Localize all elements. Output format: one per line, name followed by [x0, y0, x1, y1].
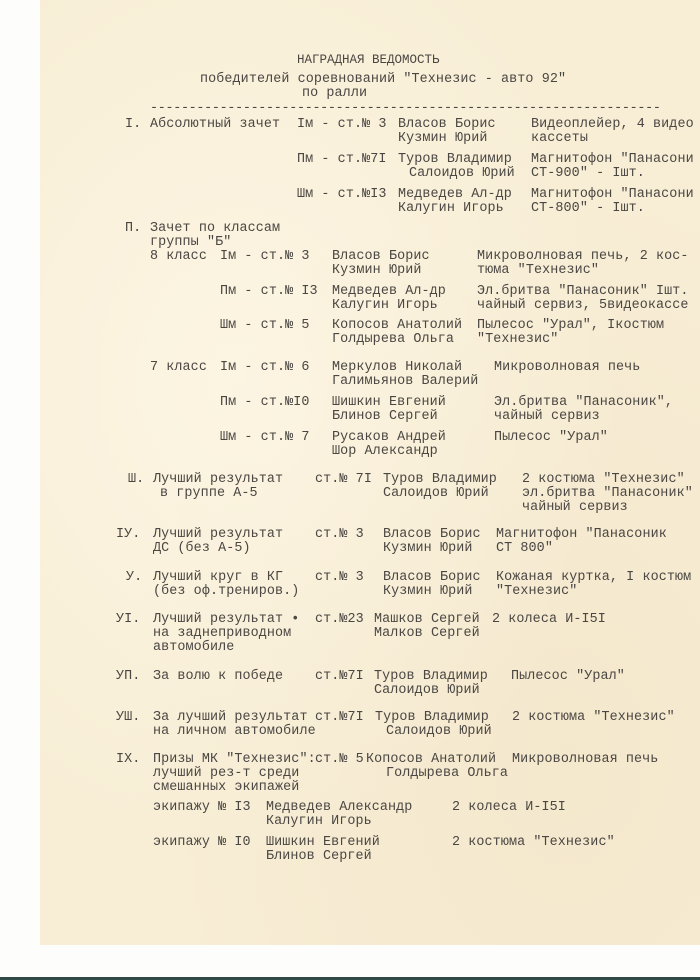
section-title: Лучший круг в КГ [153, 571, 283, 585]
prize-text: Видеоплейер, 4 видео [531, 118, 694, 132]
section-title: Зачет по классам [150, 222, 280, 236]
section-number: IХ. [116, 753, 140, 767]
crew-name: Калугин Игорь [398, 202, 504, 216]
prize-text: эл.бритва "Панасоник" [522, 487, 693, 501]
section-title: в группе А-5 [160, 487, 258, 501]
place-label: Пм - ст.№I0 [220, 396, 310, 410]
crew-name: Туров Владимир [383, 473, 497, 487]
prize-text: Микроволновая печь [512, 753, 658, 767]
crew-name: Копосов Анатолий [332, 319, 462, 333]
section-title: Призы МК "Технезис": [153, 753, 316, 767]
place-label: ст.№7I [315, 670, 364, 684]
place-label: Iм - ст.№ 6 [220, 361, 310, 375]
crew-name: Туров Владимир [398, 153, 512, 167]
place-label: экипажу № I0 [153, 836, 251, 850]
prize-text: Магнитофон "Панасоник [496, 528, 667, 542]
crew-name: Власов Борис [383, 571, 481, 585]
section-number: УI. [116, 613, 140, 627]
prize-text: Магнитофон "Панасони [531, 153, 694, 167]
section-number: П. [125, 222, 141, 236]
crew-name: Блинов Сергей [332, 410, 438, 424]
crew-name: Туров Владимир [374, 670, 488, 684]
prize-text: тюма "Технезис" [477, 264, 599, 278]
place-label: экипажу № I3 [153, 801, 251, 815]
section-title: на заднеприводном [153, 627, 291, 641]
section-title: Абсолютный зачет [150, 118, 280, 132]
section-title: на личном автомобиле [153, 725, 316, 739]
section-title: Лучший результат • [153, 613, 299, 627]
prize-text: СТ-800" - Iшт. [531, 202, 645, 216]
crew-name: Кузмин Юрий [332, 264, 422, 278]
section-number: I. [125, 118, 141, 132]
crew-name: Голдырева Ольга [332, 333, 454, 347]
prize-text: СТ 800" [496, 542, 553, 556]
crew-name: Власов Борис [332, 250, 430, 264]
section-title: смешанных экипажей [153, 781, 299, 795]
section-title: За лучший результат [153, 711, 308, 725]
crew-name: Малков Сергей [374, 627, 480, 641]
section-title: автомобиле [153, 641, 234, 655]
crew-name: Копосов Анатолий [366, 753, 496, 767]
crew-name: Машков Сергей [374, 613, 480, 627]
crew-name: Медведев Александр [266, 801, 412, 815]
prize-text: Пылесос "Урал" [511, 670, 625, 684]
crew-name: Калугин Игорь [266, 815, 372, 829]
prize-text: Эл.бритва "Панасоник", [494, 396, 673, 410]
crew-name: Кузмин Юрий [398, 132, 488, 146]
crew-name: Туров Владимир [375, 711, 489, 725]
section-title: За волю к победе [153, 670, 283, 684]
place-label: ст.№ 5 [315, 753, 364, 767]
place-label: ст.№ 7I [315, 473, 372, 487]
class-label: 8 класс [150, 250, 207, 264]
crew-name: Меркулов Николай [332, 361, 462, 375]
place-label: ст.№23 [315, 613, 364, 627]
place-label: Пм - ст.№7I [297, 153, 387, 167]
section-title: лучший рез-т среди [153, 767, 299, 781]
crew-name: Шишкин Евгений [266, 836, 380, 850]
prize-text: чайный сервиз [494, 410, 600, 424]
crew-name: Салоидов Юрий [386, 725, 492, 739]
prize-text: кассеты [531, 132, 588, 146]
section-title: Лучший результат [153, 528, 283, 542]
prize-text: Магнитофон "Панасони [531, 188, 694, 202]
crew-name: Кузмин Юрий [383, 542, 473, 556]
prize-text: чайный сервиз, 5видеокассе [477, 299, 689, 313]
crew-name: Русаков Андрей [332, 431, 446, 445]
crew-name: Шор Александр [332, 445, 438, 459]
prize-text: Эл.бритва "Панасоник" Iшт. [477, 285, 689, 299]
prize-text: Пылесос "Урал", Iкостюм [477, 319, 664, 333]
section-title: (без оф.трениров.) [153, 585, 299, 599]
place-label: ст.№ 3 [315, 528, 364, 542]
prize-text: СТ-900" - Iшт. [531, 167, 645, 181]
prize-text: чайный сервиз [522, 501, 628, 515]
section-title: ДС (без А-5) [153, 542, 251, 556]
place-label: ст.№ 3 [315, 571, 364, 585]
crew-name: Блинов Сергей [266, 850, 372, 864]
prize-text: Пылесос "Урал" [494, 431, 608, 445]
prize-text: 2 костюма "Технезис" [522, 473, 685, 487]
document-subtitle: победителей соревнований "Технезис - авт… [200, 73, 566, 87]
prize-text: "Технезис" [477, 333, 558, 347]
crew-name: Шишкин Евгений [332, 396, 446, 410]
crew-name: Калугин Игорь [332, 299, 438, 313]
place-label: Шм - ст.№I3 [297, 188, 387, 202]
crew-name: Власов Борис [398, 118, 496, 132]
crew-name: Медведев Ал-др [332, 285, 446, 299]
section-number: Ш. [128, 473, 144, 487]
prize-text: Микроволновая печь [494, 361, 640, 375]
prize-text: 2 костюма "Технезис" [512, 711, 675, 725]
prize-text: "Технезис" [496, 585, 577, 599]
section-title: группы "Б" [150, 236, 231, 250]
place-label: Iм - ст.№ 3 [220, 250, 310, 264]
crew-name: Власов Борис [383, 528, 481, 542]
document-subtitle-2: по ралли [302, 87, 367, 101]
crew-name: Салоидов Юрий [374, 684, 480, 698]
prize-text: 2 колеса И-I5I [452, 801, 566, 815]
place-label: Пм - ст.№ I3 [220, 285, 318, 299]
prize-text: 2 колеса И-I5I [492, 613, 606, 627]
prize-text: Кожаная куртка, I костюм [496, 571, 691, 585]
section-title: Лучший результат [153, 473, 283, 487]
prize-text: Микроволновая печь, 2 кос- [477, 250, 689, 264]
crew-name: Кузмин Юрий [383, 585, 473, 599]
place-label: ст.№7I [315, 711, 364, 725]
crew-name: Салоидов Юрий [409, 167, 515, 181]
section-number: У. [126, 571, 142, 585]
prize-text: 2 костюма "Технезис" [452, 836, 615, 850]
crew-name: Медведев Ал-др [398, 188, 512, 202]
document-title: НАГРАДНАЯ ВЕДОМОСТЬ [297, 53, 440, 67]
place-label: Шм - ст.№ 7 [220, 431, 310, 445]
crew-name: Галимьянов Валерий [332, 375, 478, 389]
section-number: УП. [116, 670, 140, 684]
crew-name: Салоидов Юрий [383, 487, 489, 501]
place-label: Iм - ст.№ 3 [297, 118, 387, 132]
section-number: IУ. [116, 528, 140, 542]
place-label: Шм - ст.№ 5 [220, 319, 310, 333]
header-rule: ----------------------------------------… [150, 102, 661, 116]
class-label: 7 класс [150, 361, 207, 375]
section-number: УШ. [116, 711, 140, 725]
crew-name: Голдырева Ольга [386, 767, 508, 781]
